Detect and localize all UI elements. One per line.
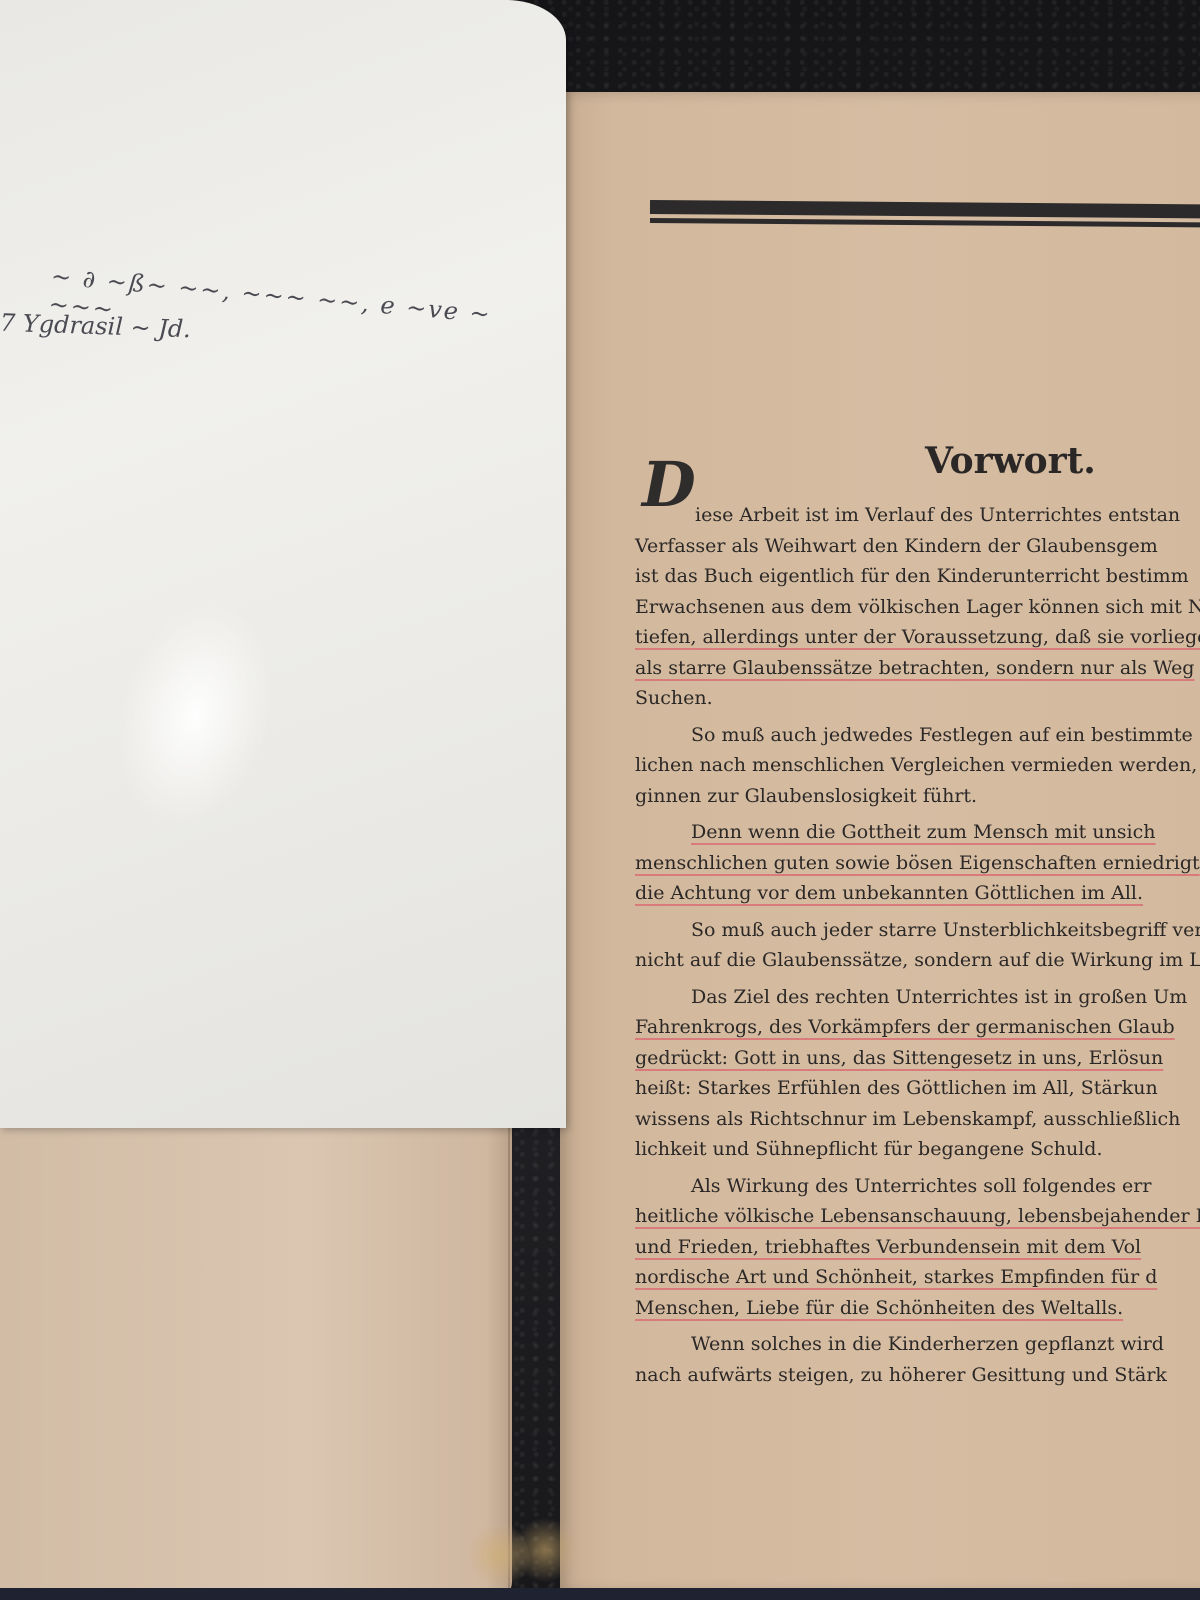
text-line: Verfasser als Weihwart den Kindern der G… [635,531,1200,562]
flyleaf-page: ~ ∂ ~ß~ ~~, ~~~ ~~, e ~ve ~ ~~~ 7 Ygdras… [0,0,566,1128]
text-line: Wenn solches in die Kinderherzen gepflan… [635,1329,1200,1360]
text-line: ist das Buch eigentlich für den Kinderun… [635,561,1200,592]
text-line: Das Ziel des rechten Unterrichtes ist in… [635,982,1200,1013]
text-line-underlined: als starre Glaubenssätze betrachten, son… [635,653,1200,684]
text-line: So muß auch jeder starre Unsterblichkeit… [635,915,1200,946]
page-title: Vorwort. [925,440,1096,482]
text-line-underlined: nordische Art und Schönheit, starkes Emp… [635,1262,1200,1293]
text-line-underlined: Menschen, Liebe für die Schönheiten des … [635,1293,1200,1324]
text-line: Als Wirkung des Unterrichtes soll folgen… [635,1171,1200,1202]
text-line-underlined: Fahrenkrogs, des Vorkämpfers der germani… [635,1012,1200,1043]
text-line: lichkeit und Sühnepflicht für begangene … [635,1134,1200,1165]
book-cover-edge [0,1588,1200,1600]
text-line: So muß auch jedwedes Festlegen auf ein b… [635,720,1200,751]
text-line: lichen nach menschlichen Vergleichen ver… [635,750,1200,781]
text-line-underlined: und Frieden, triebhaftes Verbundensein m… [635,1232,1200,1263]
text-line: Suchen. [635,683,1200,714]
text-line-underlined: die Achtung vor dem unbekannten Göttlich… [635,878,1200,909]
text-line-underlined: tiefen, allerdings unter der Voraussetzu… [635,622,1200,653]
text-line: iese Arbeit ist im Verlauf des Unterrich… [635,500,1200,531]
text-line-underlined: Denn wenn die Gottheit zum Mensch mit un… [635,817,1200,848]
light-glare [93,585,297,846]
text-line-underlined: gedrückt: Gott in uns, das Sittengesetz … [635,1043,1200,1074]
text-line: nach aufwärts steigen, zu höherer Gesitt… [635,1360,1200,1391]
book-gutter [508,1128,510,1588]
text-line: heißt: Starkes Erfühlen des Göttlichen i… [635,1073,1200,1104]
body-text: iese Arbeit ist im Verlauf des Unterrich… [635,500,1200,1390]
text-line-underlined: menschlichen guten sowie bösen Eigenscha… [635,848,1200,879]
text-line: nicht auf die Glaubenssätze, sondern auf… [635,945,1200,976]
water-stain [515,1515,575,1585]
left-book-page-lower [0,1128,512,1600]
handwritten-note-line-2: 7 Ygdrasil ~ Jd. [0,309,191,344]
text-line-underlined: heitliche völkische Lebensanschauung, le… [635,1201,1200,1232]
text-line: wissens als Richtschnur im Lebenskampf, … [635,1104,1200,1135]
text-line: Erwachsenen aus dem völkischen Lager kön… [635,592,1200,623]
text-line: ginnen zur Glaubenslosigkeit führt. [635,781,1200,812]
